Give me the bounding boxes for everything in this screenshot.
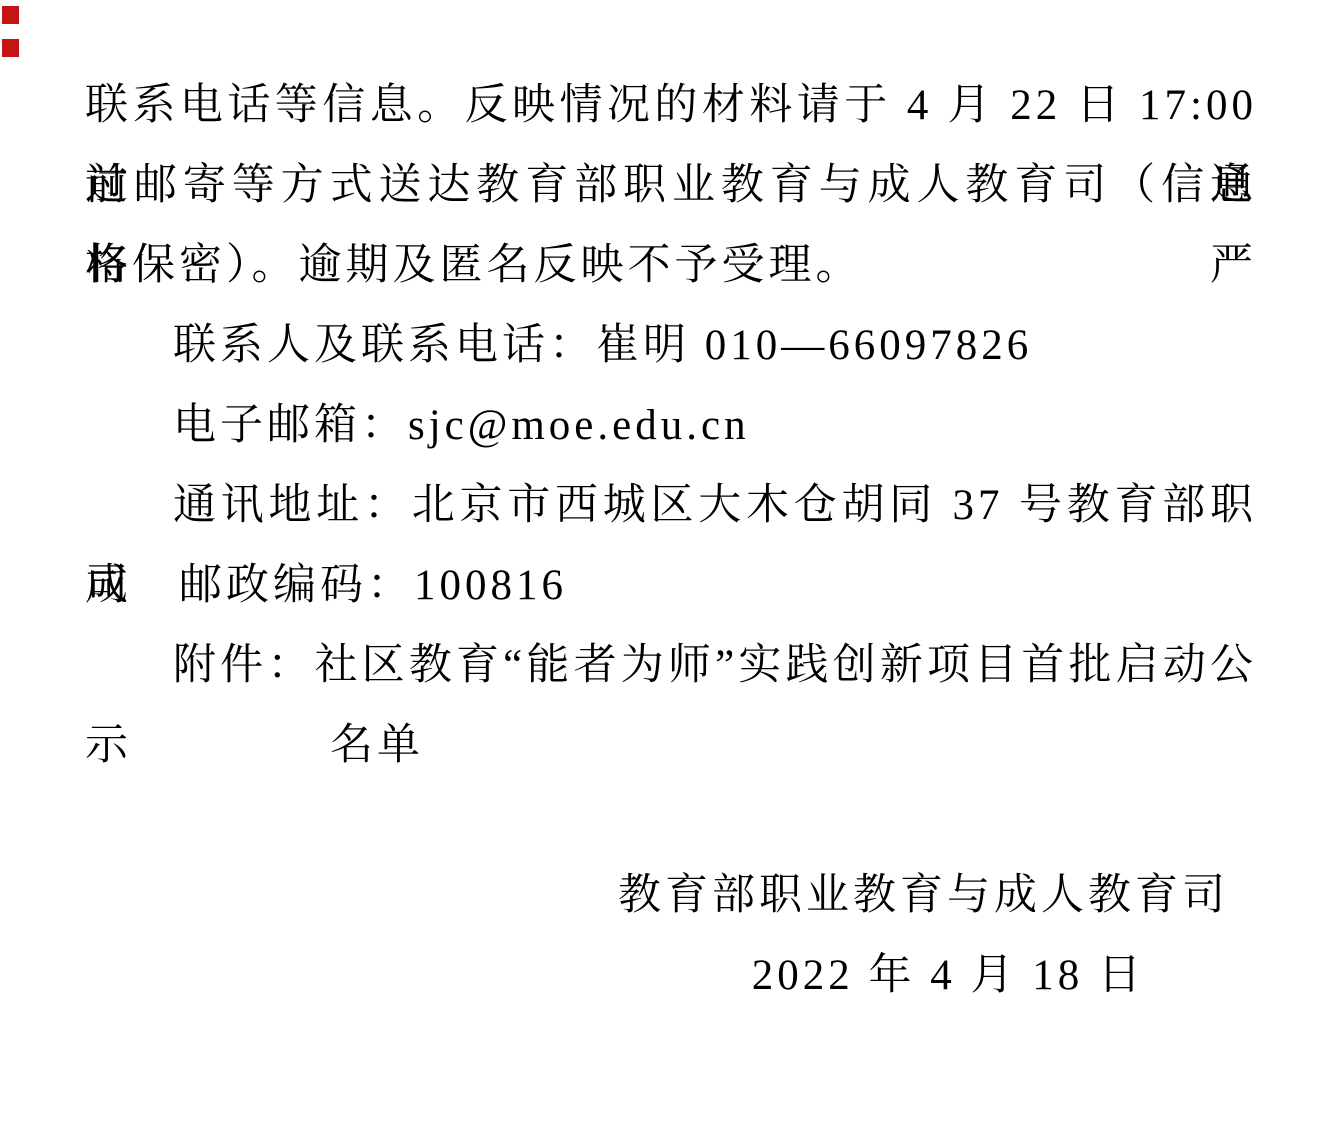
document-page: 联系电话等信息。反映情况的材料请于 4 月 22 日 17:00 前通 过邮寄等…: [0, 0, 1336, 1138]
paragraph-deadline-line-1: 联系电话等信息。反映情况的材料请于 4 月 22 日 17:00 前通: [85, 66, 1257, 146]
email-line: 电子邮箱：sjc@moe.edu.cn: [85, 386, 1257, 466]
contact-person-line: 联系人及联系电话：崔明 010—66097826: [85, 306, 1257, 386]
address-line-2-postcode: 司 邮政编码：100816: [85, 546, 1257, 626]
red-stamp-mark-bottom: [2, 39, 19, 57]
address-line-1: 通讯地址：北京市西城区大木仓胡同 37 号教育部职成: [85, 466, 1257, 546]
red-stamp-mark-top: [2, 6, 19, 24]
document-body: 联系电话等信息。反映情况的材料请于 4 月 22 日 17:00 前通 过邮寄等…: [85, 66, 1257, 1016]
attachment-line-1: 附件：社区教育“能者为师”实践创新项目首批启动公示: [85, 626, 1257, 706]
signature-organization: 教育部职业教育与成人教育司: [85, 856, 1257, 936]
attachment-line-2: 名单: [85, 706, 1257, 786]
paragraph-deadline-line-2: 过邮寄等方式送达教育部职业教育与成人教育司（信息将严: [85, 146, 1257, 226]
signature-date: 2022 年 4 月 18 日: [85, 936, 1257, 1016]
